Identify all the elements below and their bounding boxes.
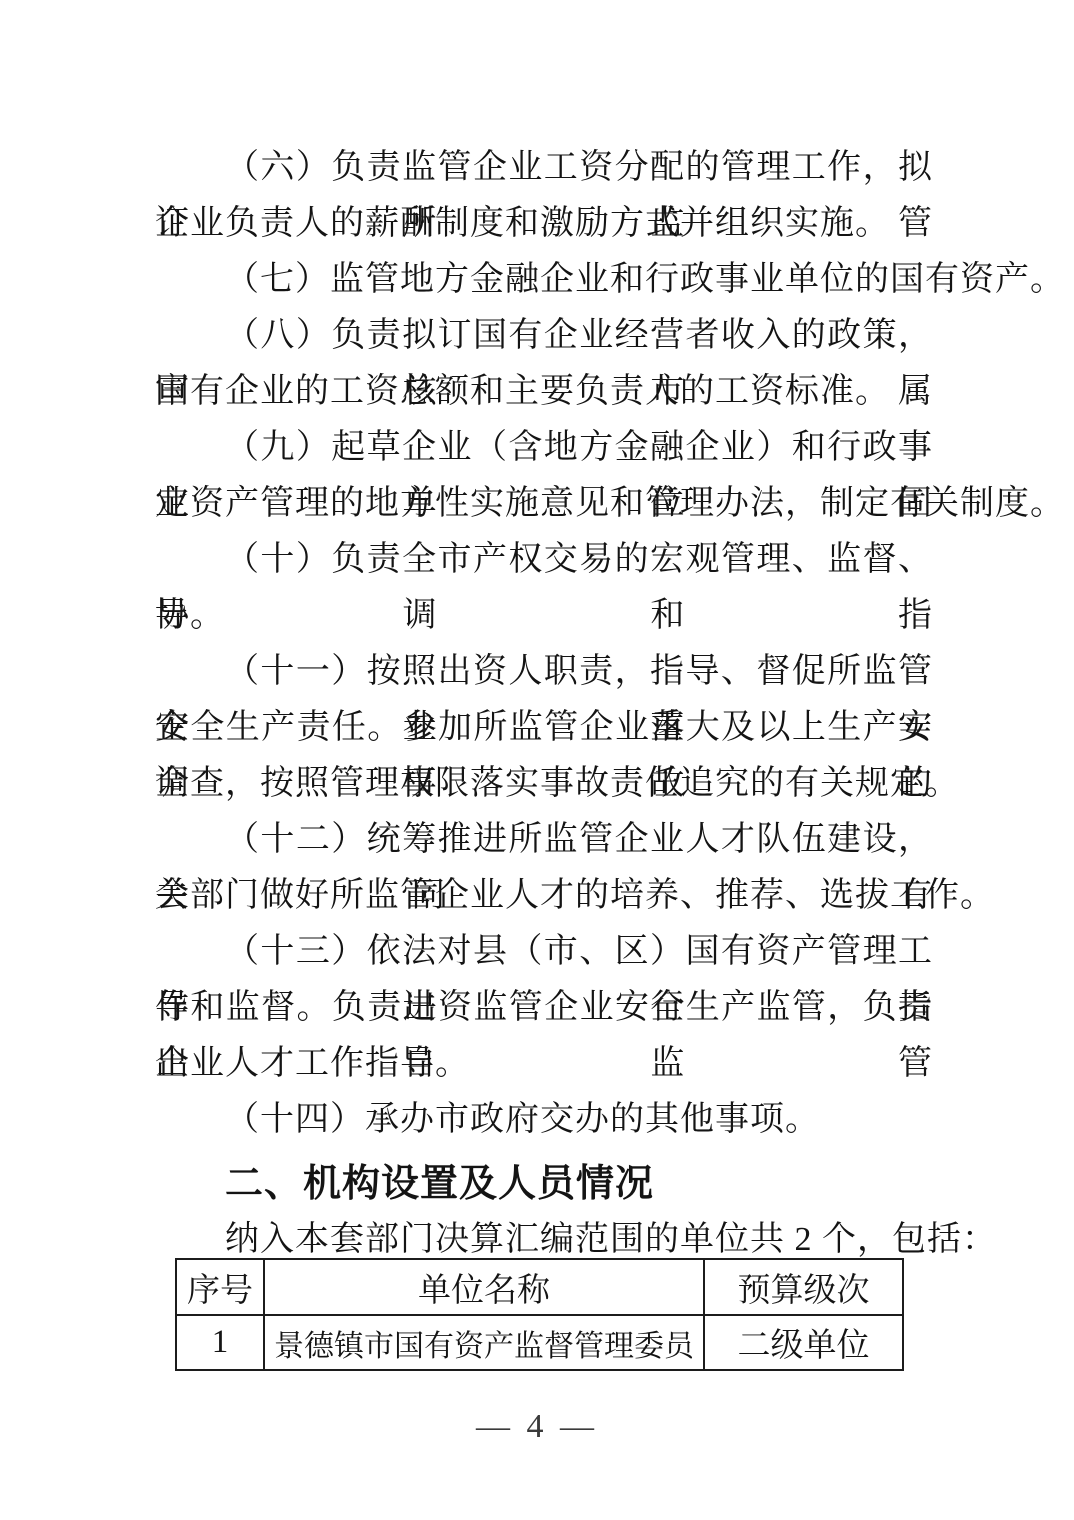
body-text-line: 国有企业的工资总额和主要负责人的工资标准。 [155, 364, 933, 420]
body-text-line: （十三）依法对县（市、区）国有资产管理工作进行指 [155, 924, 933, 980]
cell-serial: 1 [176, 1315, 264, 1370]
body-text-line: （七）监管地方金融企业和行政事业单位的国有资产。 [155, 252, 933, 308]
body-text-line: 安全生产责任。参加所监管企业重大及以上生产安全事故的 [155, 700, 933, 756]
cell-budget-level: 二级单位 [704, 1315, 903, 1370]
body-text-line: 导和监督。负责出资监管企业安全生产监管，负责出自监管 [155, 980, 933, 1036]
table-row: 1 景德镇市国有资产监督管理委员 二级单位 [176, 1315, 903, 1370]
body-text-line: （八）负责拟订国有企业经营者收入的政策，审核市属 [155, 308, 933, 364]
cell-unit-name: 景德镇市国有资产监督管理委员 [264, 1315, 704, 1370]
body-text-line: （九）起草企业（含地方金融企业）和行政事业单位固 [155, 420, 933, 476]
body-text-line: （十二）统筹推进所监管企业人才队伍建设，会同 有 [155, 812, 933, 868]
table-header-serial: 序号 [176, 1259, 264, 1315]
body-text-line: 关部门做好所监管企业人才的培养、推荐、选拔工作。 [155, 868, 933, 924]
body-text-line: （十一）按照出资人职责，指导、督促所监管企业落实 [155, 644, 933, 700]
body-text-line: （六）负责监管企业工资分配的管理工作，拟订所监管 [155, 140, 933, 196]
body-text-area: （六）负责监管企业工资分配的管理工作，拟订所监管 企业负责人的薪酬制度和激励方式… [155, 140, 933, 1268]
body-text-line: 企业负责人的薪酬制度和激励方式并组织实施。 [155, 196, 933, 252]
body-text-line: （十）负责全市产权交易的宏观管理、监督、协调和指 [155, 532, 933, 588]
table-header-row: 序号 单位名称 预算级次 [176, 1259, 903, 1315]
body-text-line: （十四）承办市政府交办的其他事项。 [155, 1092, 933, 1148]
table-header-unit-name: 单位名称 [264, 1259, 704, 1315]
table-header-budget-level: 预算级次 [704, 1259, 903, 1315]
units-table: 序号 单位名称 预算级次 1 景德镇市国有资产监督管理委员 二级单位 [175, 1258, 904, 1371]
body-text-line: 定资产管理的地方性实施意见和管理办法，制定有关制度。 [155, 476, 933, 532]
page-number: — 4 — [0, 1408, 1074, 1446]
section-heading: 二、机构设置及人员情况 [155, 1156, 933, 1212]
document-page: （六）负责监管企业工资分配的管理工作，拟订所监管 企业负责人的薪酬制度和激励方式… [0, 0, 1074, 1520]
body-text-line: 调查，按照管理权限落实事故责任追究的有关规定。 [155, 756, 933, 812]
